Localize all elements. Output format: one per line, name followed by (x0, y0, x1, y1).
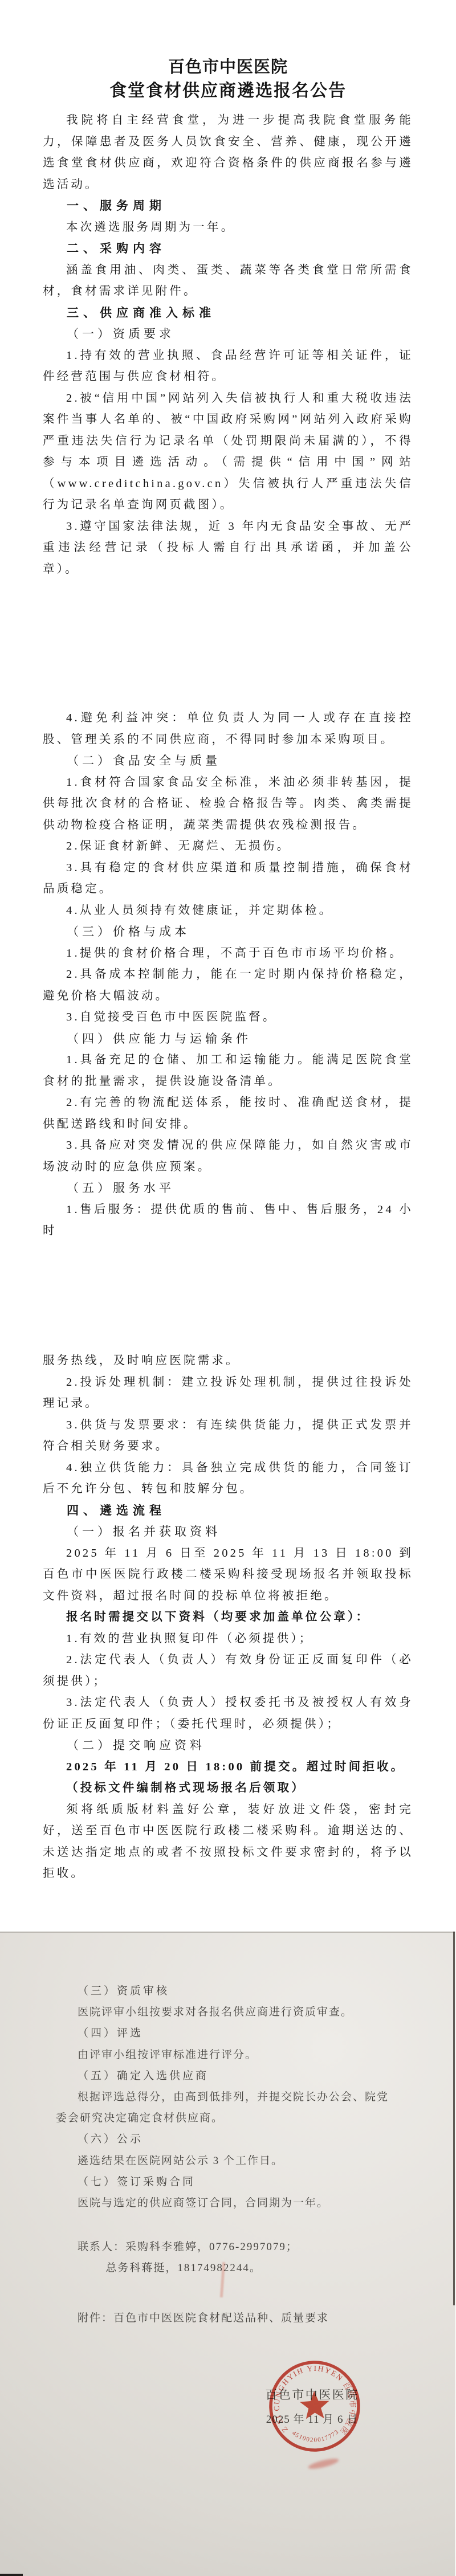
subsection-heading: （二）食品安全与质量 (43, 750, 413, 772)
paragraph: 1.食材符合国家食品安全标准，米油必须非转基因，提供每批次食材的合格证、检验合格… (43, 772, 413, 836)
paragraph: 医院评审小组按要求对各报名供应商进行资质审查。 (56, 2002, 400, 2023)
stamp-arc-text: BWZ SI CUNGHYIH YIHYEN 百色市中医医院 (264, 2356, 359, 2440)
paragraph: 本次遴选服务周期为一年。 (43, 217, 413, 239)
doc-title-line2: 食堂食材供应商遴选报名公告 (43, 79, 413, 103)
paragraph: 3.遵守国家法律法规，近 3 年内无食品安全事故、无严重违法经营记录（投标人需自… (43, 516, 413, 581)
document-page-3: 服务热线，及时响应医院需求。2.投诉处理机制：建立投诉处理机制，提供过往投诉处理… (0, 1349, 456, 1932)
paragraph: 由评审小组按评审标准进行评分。 (56, 2044, 400, 2065)
paragraph: 3.供货与发票要求：有连续供货能力，提供正式发票并符合相关财务要求。 (43, 1415, 413, 1458)
subsection-heading: （五）确定入选供应商 (56, 2065, 400, 2087)
contact-line-2: 总务科蒋挺，18174982244。 (56, 2257, 400, 2279)
paragraph: 3.具有稳定的食材供应渠道和质量控制措施，确保食材品质稳定。 (43, 858, 413, 900)
document-page-2: 4.避免利益冲突：单位负责人为同一人或存在直接控股、管理关系的不同供应商，不得同… (0, 707, 456, 1349)
section-heading: 四、遴选流程 (43, 1500, 413, 1522)
paragraph: 2.法定代表人（负责人）有效身份证正反面复印件（必须提供）； (43, 1650, 413, 1692)
photo-corner-shadow (0, 2574, 23, 2576)
paragraph: 医院与选定的供应商签订合同，合同期为一年。 (56, 2193, 400, 2214)
announcement-document: 百色市中医医院食堂食材供应商遴选报名公告我院将自主经营食堂，为进一步提高我院食堂… (0, 0, 456, 2576)
attachment-line: 附件：百色市中医医院食材配送品种、质量要求 (56, 2308, 400, 2329)
photo-paper-top-edge (0, 1932, 456, 1933)
paragraph: 1.提供的食材价格合理，不高于百色市市场平均价格。 (43, 943, 413, 965)
ink-smudge-mark (307, 2457, 339, 2471)
subsection-heading: （二）提交响应资料 (43, 1735, 413, 1757)
subsection-heading: （六）公示 (56, 2129, 400, 2150)
paragraph: 我院将自主经营食堂，为进一步提高我院食堂服务能力，保障患者及医务人员饮食安全、营… (43, 110, 413, 195)
paragraph-continued: 服务热线，及时响应医院需求。 (43, 1350, 413, 1372)
subsection-heading: （五）服务水平 (43, 1178, 413, 1199)
paragraph: 须将纸质版材料盖好公章，装好放进文件袋，密封完好，送至百色市中医医院行政楼二楼采… (43, 1799, 413, 1885)
paragraph: 1.售后服务：提供优质的售前、售中、售后服务，24 小时 (43, 1199, 413, 1242)
paragraph: 4.独立供货能力：具备独立完成供货的能力，合同签订后不允许分包、转包和肢解分包。 (43, 1458, 413, 1500)
subsection-heading: （四）供应能力与运输条件 (43, 1028, 413, 1050)
document-page-1: 百色市中医医院食堂食材供应商遴选报名公告我院将自主经营食堂，为进一步提高我院食堂… (0, 0, 456, 707)
official-seal-stamp: BWZ SI CUNGHYIH YIHYEN 百色市中医医院 451002001… (264, 2356, 365, 2456)
subsection-heading: （三）价格与成本 (43, 921, 413, 943)
paragraph: 4.从业人员须持有效健康证，并定期体检。 (43, 900, 413, 922)
paragraph-emphasis: 2025 年 11 月 20 日 18:00 前提交。超过时间拒收。 (43, 1757, 413, 1778)
paragraph: 根据评选总得分，由高到低排列，并提交院长办公会、院党委会研究决定确定食材供应商。 (56, 2087, 400, 2129)
svg-text:4510020017773: 4510020017773 (291, 2428, 341, 2444)
doc-title-line1: 百色市中医医院 (43, 55, 413, 79)
section-heading: 三、供应商准入标准 (43, 303, 413, 324)
paragraph: 2.被“信用中国”网站列入失信被执行人和重大税收违法案件当事人名单的、被“中国政… (43, 388, 413, 516)
section-heading: 二、采购内容 (43, 238, 413, 260)
stamp-serial-number: 4510020017773 (291, 2428, 341, 2444)
paragraph: 3.自觉接受百色市中医医院监督。 (43, 1007, 413, 1028)
stamp-star-icon (299, 2390, 329, 2419)
paragraph: 4.避免利益冲突：单位负责人为同一人或存在直接控股、管理关系的不同供应商，不得同… (43, 708, 413, 750)
paragraph: 1.有效的营业执照复印件（必须提供）； (43, 1628, 413, 1650)
svg-text:BWZ SI CUNGHYIH YIHYEN 百色市中医医院: BWZ SI CUNGHYIH YIHYEN 百色市中医医院 (264, 2356, 359, 2440)
contact-line: 联系人：采购科李雅婷，0776-2997079； (56, 2236, 400, 2257)
paragraph-emphasis: 报名时需提交以下资料（均要求加盖单位公章）： (43, 1607, 413, 1628)
paragraph: 3.具备应对突发情况的供应保障能力，如自然灾害或市场波动时的应急供应预案。 (43, 1135, 413, 1178)
paragraph: 2025 年 11 月 6 日至 2025 年 11 月 13 日 18:00 … (43, 1543, 413, 1607)
subsection-heading: （七）签订采购合同 (56, 2171, 400, 2193)
paragraph: 2.投诉处理机制：建立投诉处理机制，提供过往投诉处理记录。 (43, 1372, 413, 1415)
subsection-heading: （一）资质要求 (43, 324, 413, 345)
document-page-4-photo: 百色市中医医院 2025 年 11 月 6 日 BWZ SI CUNGHYIH … (0, 1932, 456, 2576)
subsection-heading: （三）资质审核 (56, 1981, 400, 2002)
paragraph: 2.有完善的物流配送体系，能按时、准确配送食材，提供配送路线和时间安排。 (43, 1092, 413, 1135)
paragraph: 2.具备成本控制能力，能在一定时期内保持价格稳定，避免价格大幅波动。 (43, 964, 413, 1007)
paragraph: 3.法定代表人（负责人）授权委托书及被授权人有效身份证正反面复印件；（委托代理时… (43, 1692, 413, 1735)
photo-shadow-right (453, 1932, 455, 2305)
subsection-heading: （一）报名并获取资料 (43, 1521, 413, 1543)
paragraph-emphasis: （投标文件编制格式现场报名后领取） (43, 1778, 413, 1799)
paragraph: 涵盖食用油、肉类、蛋类、蔬菜等各类食堂日常所需食材，食材需求详见附件。 (43, 260, 413, 303)
paragraph: 遴选结果在医院网站公示 3 个工作日。 (56, 2150, 400, 2171)
paragraph: 1.具备充足的仓储、加工和运输能力。能满足医院食堂食材的批量需求，提供设施设备清… (43, 1050, 413, 1092)
section-heading: 一、服务周期 (43, 195, 413, 217)
paragraph: 1.持有效的营业执照、食品经营许可证等相关证件，证件经营范围与供应食材相符。 (43, 345, 413, 388)
subsection-heading: （四）评选 (56, 2023, 400, 2044)
paragraph: 2.保证食材新鲜、无腐烂、无损伤。 (43, 836, 413, 858)
